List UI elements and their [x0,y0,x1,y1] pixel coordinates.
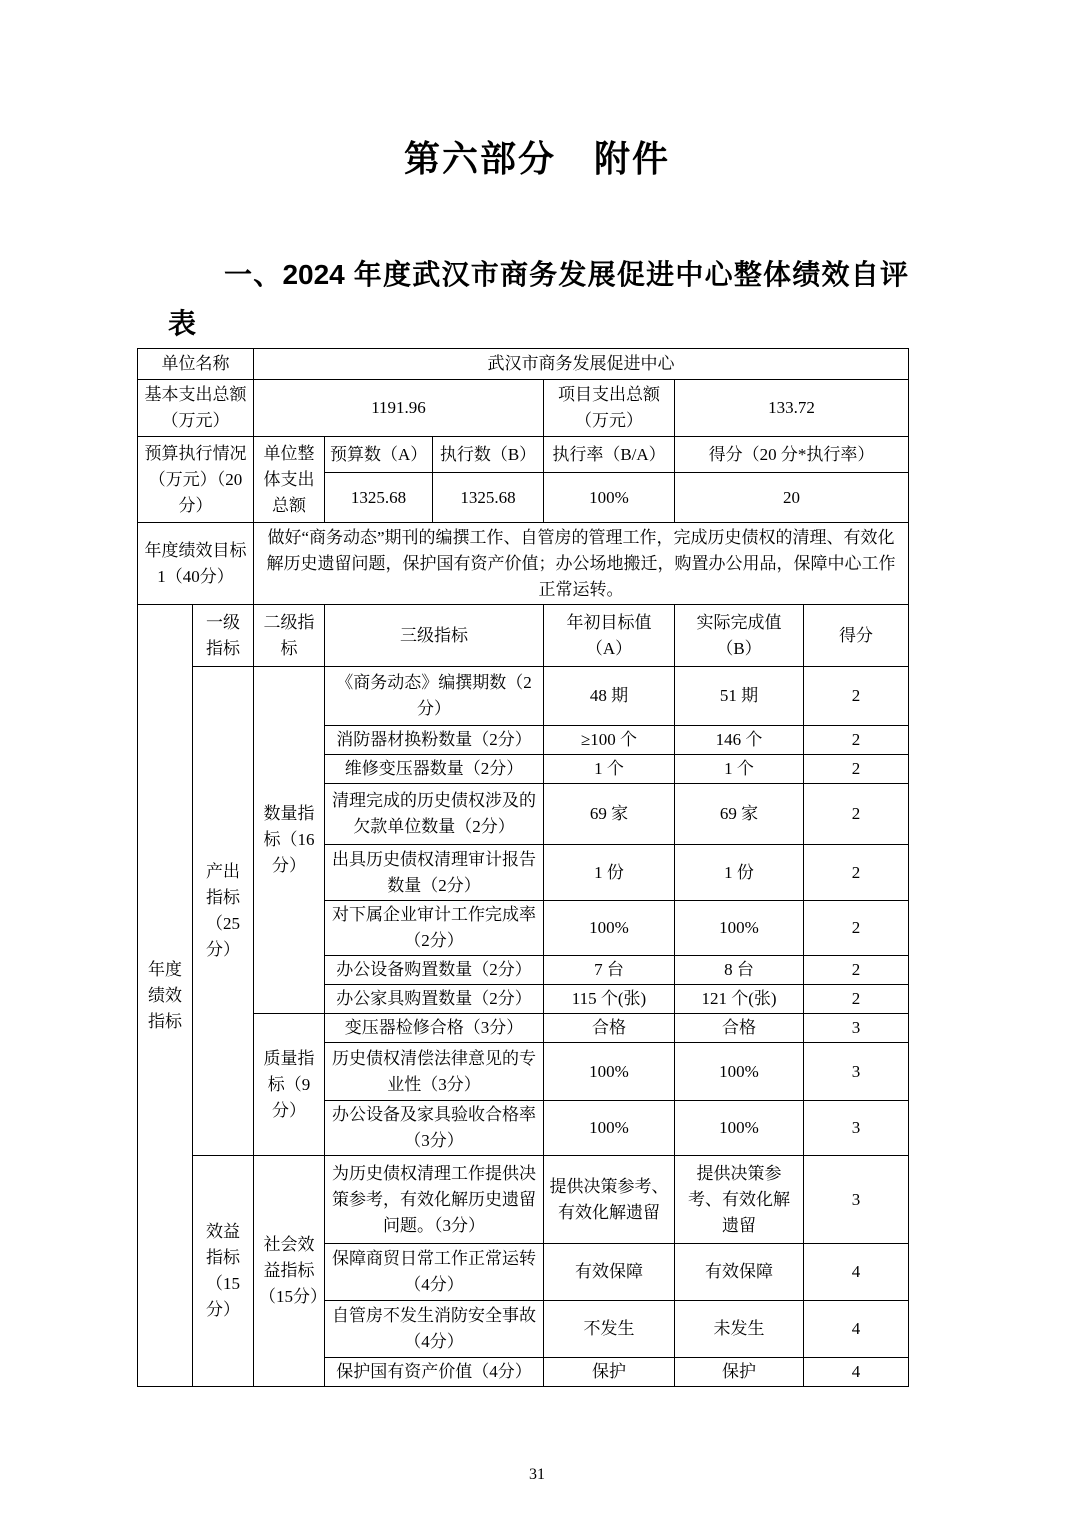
budget-entity-label: 单位整体支出总额 [254,437,325,523]
score-cell-9: 3 [804,1014,909,1043]
actual-cell-3: 1 个 [675,755,804,784]
indicator-cell-1: 《商务动态》编撰期数（2分） [325,667,544,726]
indicator-cell-3: 维修变压器数量（2分） [325,755,544,784]
target-cell-10: 100% [544,1043,675,1101]
actual-cell-10: 100% [675,1043,804,1101]
table-row: 基本支出总额（万元） 1191.96 项目支出总额（万元） 133.72 [138,380,909,437]
level3-header: 三级指标 [325,605,544,667]
exec-value: 1325.68 [433,473,544,523]
indicator-cell-8: 办公家具购置数量（2分） [325,985,544,1014]
basic-expense-label: 基本支出总额（万元） [138,380,254,437]
rate-value: 100% [544,473,675,523]
target-cell-9: 合格 [544,1014,675,1043]
page-title: 第六部分 附件 [0,0,1074,184]
score-cell-12: 3 [804,1156,909,1244]
level2-quality-label: 质量指标（9分） [254,1014,325,1156]
indicator-row: 效益指标（15分） 社会效益指标（15分） 为历史债权清理工作提供决策参考，有效… [138,1156,909,1244]
indicator-header-row: 年度绩效指标 一级指标 二级指标 三级指标 年初目标值（A） 实际完成值（B） … [138,605,909,667]
actual-cell-12: 提供决策参考、有效化解遗留 [675,1156,804,1244]
score-cell-3: 2 [804,755,909,784]
table-row: 预算执行情况（万元）（20分） 单位整体支出总额 预算数（A） 执行数（B） 执… [138,437,909,473]
indicator-cell-5: 出具历史债权清理审计报告数量（2分） [325,845,544,901]
actual-cell-6: 100% [675,901,804,956]
target-cell-8: 115 个(张) [544,985,675,1014]
indicator-cell-13: 保障商贸日常工作正常运转（4分） [325,1244,544,1301]
indicator-cell-7: 办公设备购置数量（2分） [325,956,544,985]
annual-goal-label: 年度绩效目标1（40分） [138,523,254,605]
actual-cell-4: 69 家 [675,784,804,845]
score-cell-5: 2 [804,845,909,901]
actual-cell-8: 121 个(张) [675,985,804,1014]
exec-col-header: 执行数（B） [433,437,544,473]
section-heading: 一、2024 年度武汉市商务发展促进中心整体绩效自评表 [168,250,908,348]
actual-cell-15: 保护 [675,1358,804,1387]
score-col-header: 得分（20 分*执行率） [675,437,909,473]
indicator-cell-4: 清理完成的历史债权涉及的欠款单位数量（2分） [325,784,544,845]
indicator-cell-10: 历史债权清偿法律意见的专业性（3分） [325,1043,544,1101]
target-cell-4: 69 家 [544,784,675,845]
indicator-cell-12: 为历史债权清理工作提供决策参考，有效化解历史遗留问题。（3分） [325,1156,544,1244]
target-cell-14: 不发生 [544,1301,675,1358]
indicator-cell-15: 保护国有资产价值（4分） [325,1358,544,1387]
level2-social-benefit-label: 社会效益指标（15分） [254,1156,325,1387]
target-cell-15: 保护 [544,1358,675,1387]
target-header: 年初目标值（A） [544,605,675,667]
basic-expense-value: 1191.96 [254,380,544,437]
target-cell-7: 7 台 [544,956,675,985]
score-cell-11: 3 [804,1101,909,1156]
indicator-row: 产出指标（25分） 数量指标（16分） 《商务动态》编撰期数（2分） 48 期 … [138,667,909,726]
target-cell-6: 100% [544,901,675,956]
indicator-cell-6: 对下属企业审计工作完成率（2分） [325,901,544,956]
score-header: 得分 [804,605,909,667]
actual-header: 实际完成值（B） [675,605,804,667]
indicator-cell-11: 办公设备及家具验收合格率（3分） [325,1101,544,1156]
target-cell-13: 有效保障 [544,1244,675,1301]
budget-value: 1325.68 [325,473,433,523]
unit-name-label: 单位名称 [138,349,254,380]
budget-col-header: 预算数（A） [325,437,433,473]
document-page: 第六部分 附件 一、2024 年度武汉市商务发展促进中心整体绩效自评表 单位名称… [0,0,1074,1520]
score-cell-2: 2 [804,726,909,755]
score-cell-8: 2 [804,985,909,1014]
score-cell-14: 4 [804,1301,909,1358]
table-row: 单位名称 武汉市商务发展促进中心 [138,349,909,380]
target-cell-12: 提供决策参考、有效化解遗留 [544,1156,675,1244]
actual-cell-14: 未发生 [675,1301,804,1358]
page-number: 31 [0,1466,1074,1484]
level1-header: 一级指标 [193,605,254,667]
target-cell-3: 1 个 [544,755,675,784]
score-cell-1: 2 [804,667,909,726]
rate-col-header: 执行率（B/A） [544,437,675,473]
score-cell-6: 2 [804,901,909,956]
level1-output-label: 产出指标（25分） [193,667,254,1156]
project-expense-label: 项目支出总额（万元） [544,380,675,437]
score-cell-15: 4 [804,1358,909,1387]
actual-cell-1: 51 期 [675,667,804,726]
level2-quantity-label: 数量指标（16分） [254,667,325,1014]
indicator-row: 质量指标（9分） 变压器检修合格（3分） 合格 合格 3 [138,1014,909,1043]
target-cell-5: 1 份 [544,845,675,901]
target-cell-1: 48 期 [544,667,675,726]
actual-cell-11: 100% [675,1101,804,1156]
actual-cell-2: 146 个 [675,726,804,755]
score-value: 20 [675,473,909,523]
level2-header: 二级指标 [254,605,325,667]
project-expense-value: 133.72 [675,380,909,437]
score-cell-7: 2 [804,956,909,985]
score-cell-13: 4 [804,1244,909,1301]
indicator-cell-14: 自管房不发生消防安全事故（4分） [325,1301,544,1358]
table-row: 年度绩效目标1（40分） 做好“商务动态”期刊的编撰工作、自管房的管理工作，完成… [138,523,909,605]
target-cell-2: ≥100 个 [544,726,675,755]
indicator-cell-9: 变压器检修合格（3分） [325,1014,544,1043]
performance-self-evaluation-table: 单位名称 武汉市商务发展促进中心 基本支出总额（万元） 1191.96 项目支出… [137,348,909,1387]
annual-goal-text: 做好“商务动态”期刊的编撰工作、自管房的管理工作，完成历史债权的清理、有效化解历… [254,523,909,605]
actual-cell-7: 8 台 [675,956,804,985]
level1-benefit-label: 效益指标（15分） [193,1156,254,1387]
budget-execution-label: 预算执行情况（万元）（20分） [138,437,254,523]
indicator-group-label: 年度绩效指标 [138,605,193,1387]
unit-name-value: 武汉市商务发展促进中心 [254,349,909,380]
actual-cell-5: 1 份 [675,845,804,901]
actual-cell-13: 有效保障 [675,1244,804,1301]
target-cell-11: 100% [544,1101,675,1156]
actual-cell-9: 合格 [675,1014,804,1043]
score-cell-4: 2 [804,784,909,845]
score-cell-10: 3 [804,1043,909,1101]
indicator-cell-2: 消防器材换粉数量（2分） [325,726,544,755]
